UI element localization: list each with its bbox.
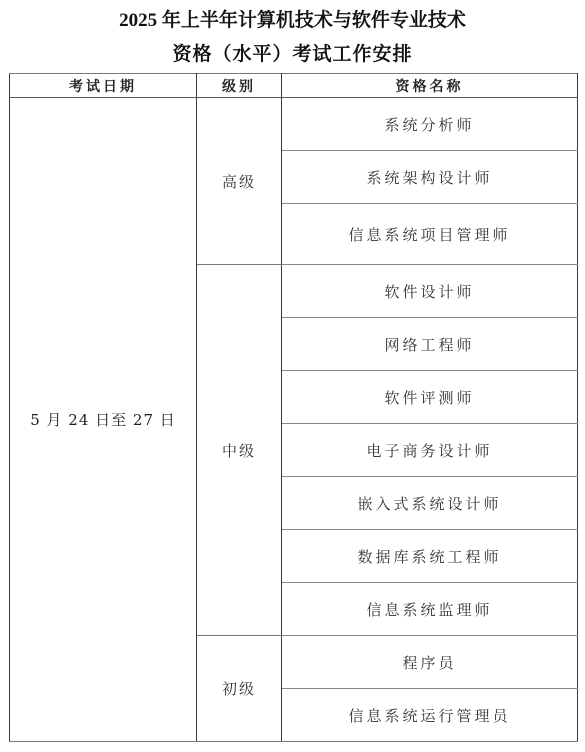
level-cell-senior: 高级 — [197, 98, 282, 265]
qualification-cell: 电子商务设计师 — [282, 424, 578, 477]
qualification-cell: 系统架构设计师 — [282, 151, 578, 204]
header-row: 考试日期 级别 资格名称 — [10, 74, 578, 98]
level-cell-junior: 初级 — [197, 636, 282, 742]
qualification-cell: 程序员 — [282, 636, 578, 689]
table-row: 5 月 24 日至 27 日 高级 系统分析师 — [10, 98, 578, 151]
qualification-cell: 信息系统项目管理师 — [282, 204, 578, 265]
qualification-cell: 软件评测师 — [282, 371, 578, 424]
qualification-cell: 嵌入式系统设计师 — [282, 477, 578, 530]
document-title-line-2: 资格（水平）考试工作安排 — [0, 44, 585, 66]
qualification-cell: 系统分析师 — [282, 98, 578, 151]
qualification-cell: 信息系统监理师 — [282, 583, 578, 636]
qualification-cell: 网络工程师 — [282, 318, 578, 371]
level-cell-intermediate: 中级 — [197, 265, 282, 636]
exam-schedule-table: 考试日期 级别 资格名称 5 月 24 日至 27 日 高级 系统分析师 系统架… — [9, 73, 578, 742]
exam-date-cell: 5 月 24 日至 27 日 — [10, 98, 197, 742]
header-exam-date: 考试日期 — [10, 74, 197, 98]
document-title-line-1: 2025 年上半年计算机技术与软件专业技术 — [0, 10, 585, 32]
qualification-cell: 数据库系统工程师 — [282, 530, 578, 583]
header-qualification-name: 资格名称 — [282, 74, 578, 98]
qualification-cell: 信息系统运行管理员 — [282, 689, 578, 742]
header-level: 级别 — [197, 74, 282, 98]
qualification-cell: 软件设计师 — [282, 265, 578, 318]
